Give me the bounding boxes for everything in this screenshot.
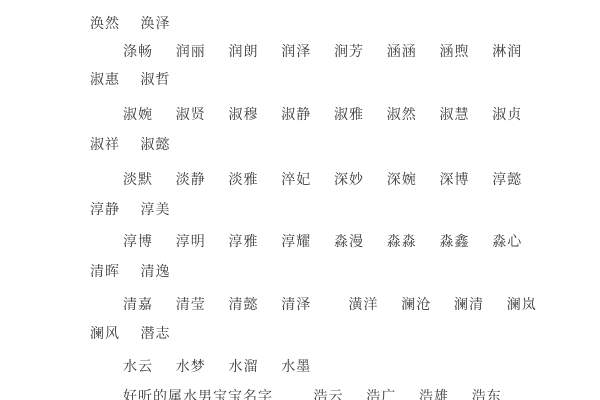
name-item: 水墨 <box>281 359 313 375</box>
name-item: ▔▔ <box>334 0 366 7</box>
name-row-continuation: 淳静 淳美 <box>90 202 186 218</box>
name-item: 淼漫 <box>334 234 366 250</box>
name-item: 浩东 <box>472 389 504 400</box>
name-item: 淑然 <box>387 107 419 123</box>
name-item: 淑贤 <box>176 107 208 123</box>
name-item: 水云 <box>123 359 155 375</box>
name-item: 淬妃 <box>281 172 313 188</box>
name-item: 涵涵 <box>387 44 419 60</box>
name-row-continuation: 澜风 潜志 <box>90 326 186 342</box>
name-item: 清莹 <box>176 297 208 313</box>
name-item: ▔▔ <box>176 0 208 7</box>
name-item: ▔▔ <box>492 0 524 7</box>
name-item: 清嘉 <box>123 297 155 313</box>
name-item: 澜风 <box>90 326 122 342</box>
name-item: 淳博 <box>123 234 155 250</box>
name-item: 淳懿 <box>492 172 524 188</box>
name-item: 润朗 <box>229 44 261 60</box>
name-item: 潢洋 <box>348 297 380 313</box>
name-row-continuation: 清晖 清逸 <box>90 264 186 280</box>
name-item: 淡默 <box>123 172 155 188</box>
name-item: 深妙 <box>334 172 366 188</box>
name-item: 涣然 <box>90 16 122 32</box>
name-item: 涣泽 <box>140 16 172 32</box>
name-item: 浩广 <box>366 389 398 400</box>
name-item: 润泽 <box>281 44 313 60</box>
name-row: 清嘉 清莹 清懿 清泽 潢洋 澜沧 澜清 澜岚 <box>123 297 555 313</box>
name-item: 浩云 <box>313 389 345 400</box>
name-item: 淑婉 <box>123 107 155 123</box>
section-heading: 好听的属水男宝宝名字 <box>123 389 273 400</box>
name-item: ▔▔ <box>440 0 472 7</box>
document-page: ▔▔ ▔▔ ▔▔ ▔▔ ▔▔ ▔▔ ▔▔ ▔▔ 涣然 涣泽 涤畅 润丽 润朗 润… <box>0 0 600 400</box>
name-item: 淋润 <box>492 44 524 60</box>
name-item: 润丽 <box>176 44 208 60</box>
name-row-continuation: 涣然 涣泽 <box>90 16 186 32</box>
name-item: 水溜 <box>229 359 261 375</box>
name-item: 淑懿 <box>140 137 172 153</box>
name-row: 淡默 淡静 淡雅 淬妃 深妙 深婉 深博 淳懿 <box>123 172 541 188</box>
name-item: 清晖 <box>90 264 122 280</box>
name-item: 潜志 <box>140 326 172 342</box>
name-item: 淑静 <box>281 107 313 123</box>
name-item: 淳雅 <box>229 234 261 250</box>
name-item: 涤畅 <box>123 44 155 60</box>
name-item: 澜岚 <box>507 297 539 313</box>
name-item: 清泽 <box>281 297 313 313</box>
name-item: 淑祥 <box>90 137 122 153</box>
name-item: 涵煦 <box>440 44 472 60</box>
name-item: 涧芳 <box>334 44 366 60</box>
name-item: ▔▔ <box>123 0 155 7</box>
name-item: 清懿 <box>229 297 261 313</box>
name-item: 淑慧 <box>440 107 472 123</box>
name-row: 水云 水梦 水溜 水墨 <box>123 359 330 375</box>
name-item: 淳明 <box>176 234 208 250</box>
name-item: 淼鑫 <box>440 234 472 250</box>
name-row: 淑婉 淑贤 淑穆 淑静 淑雅 淑然 淑慧 淑贞 <box>123 107 541 123</box>
name-item: 淼心 <box>492 234 524 250</box>
name-item: 清逸 <box>140 264 172 280</box>
name-item: 淳耀 <box>281 234 313 250</box>
name-item: 淑贞 <box>492 107 524 123</box>
name-item: 深博 <box>440 172 472 188</box>
name-item: 淑雅 <box>334 107 366 123</box>
name-item: 淑惠 <box>90 72 122 88</box>
section-heading-row: 好听的属水男宝宝名字 浩云 浩广 浩雄 浩东 <box>123 389 520 400</box>
name-item: 澜清 <box>454 297 486 313</box>
name-item: 淑穆 <box>229 107 261 123</box>
name-item: ▔▔ <box>281 0 313 7</box>
name-row: 淳博 淳明 淳雅 淳耀 淼漫 淼淼 淼鑫 淼心 <box>123 234 541 250</box>
name-item: ▔▔ <box>387 0 419 7</box>
name-item: 淼淼 <box>387 234 419 250</box>
name-item: 淳美 <box>140 202 172 218</box>
name-item: 水梦 <box>176 359 208 375</box>
name-item: 浩雄 <box>419 389 451 400</box>
name-item: ▔▔ <box>229 0 261 7</box>
clipped-name-row: ▔▔ ▔▔ ▔▔ ▔▔ ▔▔ ▔▔ ▔▔ ▔▔ <box>123 0 541 7</box>
name-item: 淑哲 <box>140 72 172 88</box>
name-row: 涤畅 润丽 润朗 润泽 涧芳 涵涵 涵煦 淋润 <box>123 44 541 60</box>
name-item: 淡雅 <box>229 172 261 188</box>
name-row-continuation: 淑祥 淑懿 <box>90 137 186 153</box>
name-item: 深婉 <box>387 172 419 188</box>
name-item: 澜沧 <box>401 297 433 313</box>
name-item: 淳静 <box>90 202 122 218</box>
name-row-continuation: 淑惠 淑哲 <box>90 72 186 88</box>
name-item: 淡静 <box>176 172 208 188</box>
